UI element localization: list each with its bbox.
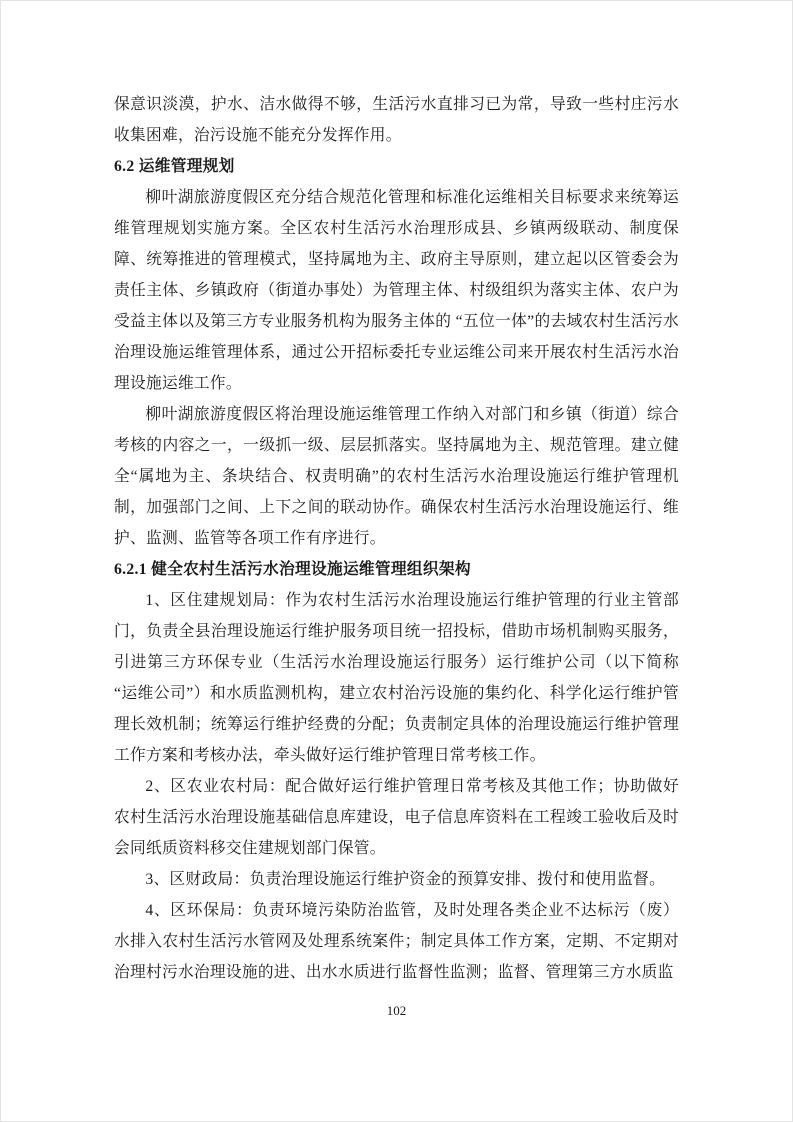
page-number: 102 bbox=[1, 1001, 792, 1021]
paragraph-environmental-bureau: 4、区环保局：负责环境污染防治监管，及时处理各类企业不达标污（废）水排入农村生活… bbox=[114, 895, 679, 988]
paragraph-overview: 柳叶湖旅游度假区充分结合规范化管理和标准化运维相关目标要求来统筹运维管理规划实施… bbox=[114, 182, 679, 399]
paragraph-continuation: 保意识淡漠，护水、洁水做得不够，生活污水直排习已为常，导致一些村庄污水收集困难，… bbox=[114, 89, 679, 151]
document-content: 保意识淡漠，护水、洁水做得不够，生活污水直排习已为常，导致一些村庄污水收集困难，… bbox=[114, 89, 679, 988]
section-heading-6-2: 6.2 运维管理规划 bbox=[114, 151, 679, 182]
paragraph-assessment: 柳叶湖旅游度假区将治理设施运维管理工作纳入对部门和乡镇（街道）综合考核的内容之一… bbox=[114, 399, 679, 554]
paragraph-agriculture-rural-bureau: 2、区农业农村局：配合做好运行维护管理日常考核及其他工作；协助做好农村生活污水治… bbox=[114, 771, 679, 864]
document-page: { "document": { "page_number": "102", "b… bbox=[0, 0, 793, 1122]
section-heading-6-2-1: 6.2.1 健全农村生活污水治理设施运维管理组织架构 bbox=[114, 554, 679, 585]
paragraph-housing-planning-bureau: 1、区住建规划局：作为农村生活污水治理设施运行维护管理的行业主管部门，负责全县治… bbox=[114, 585, 679, 771]
paragraph-finance-bureau: 3、区财政局：负责治理设施运行维护资金的预算安排、拨付和使用监督。 bbox=[114, 864, 679, 895]
